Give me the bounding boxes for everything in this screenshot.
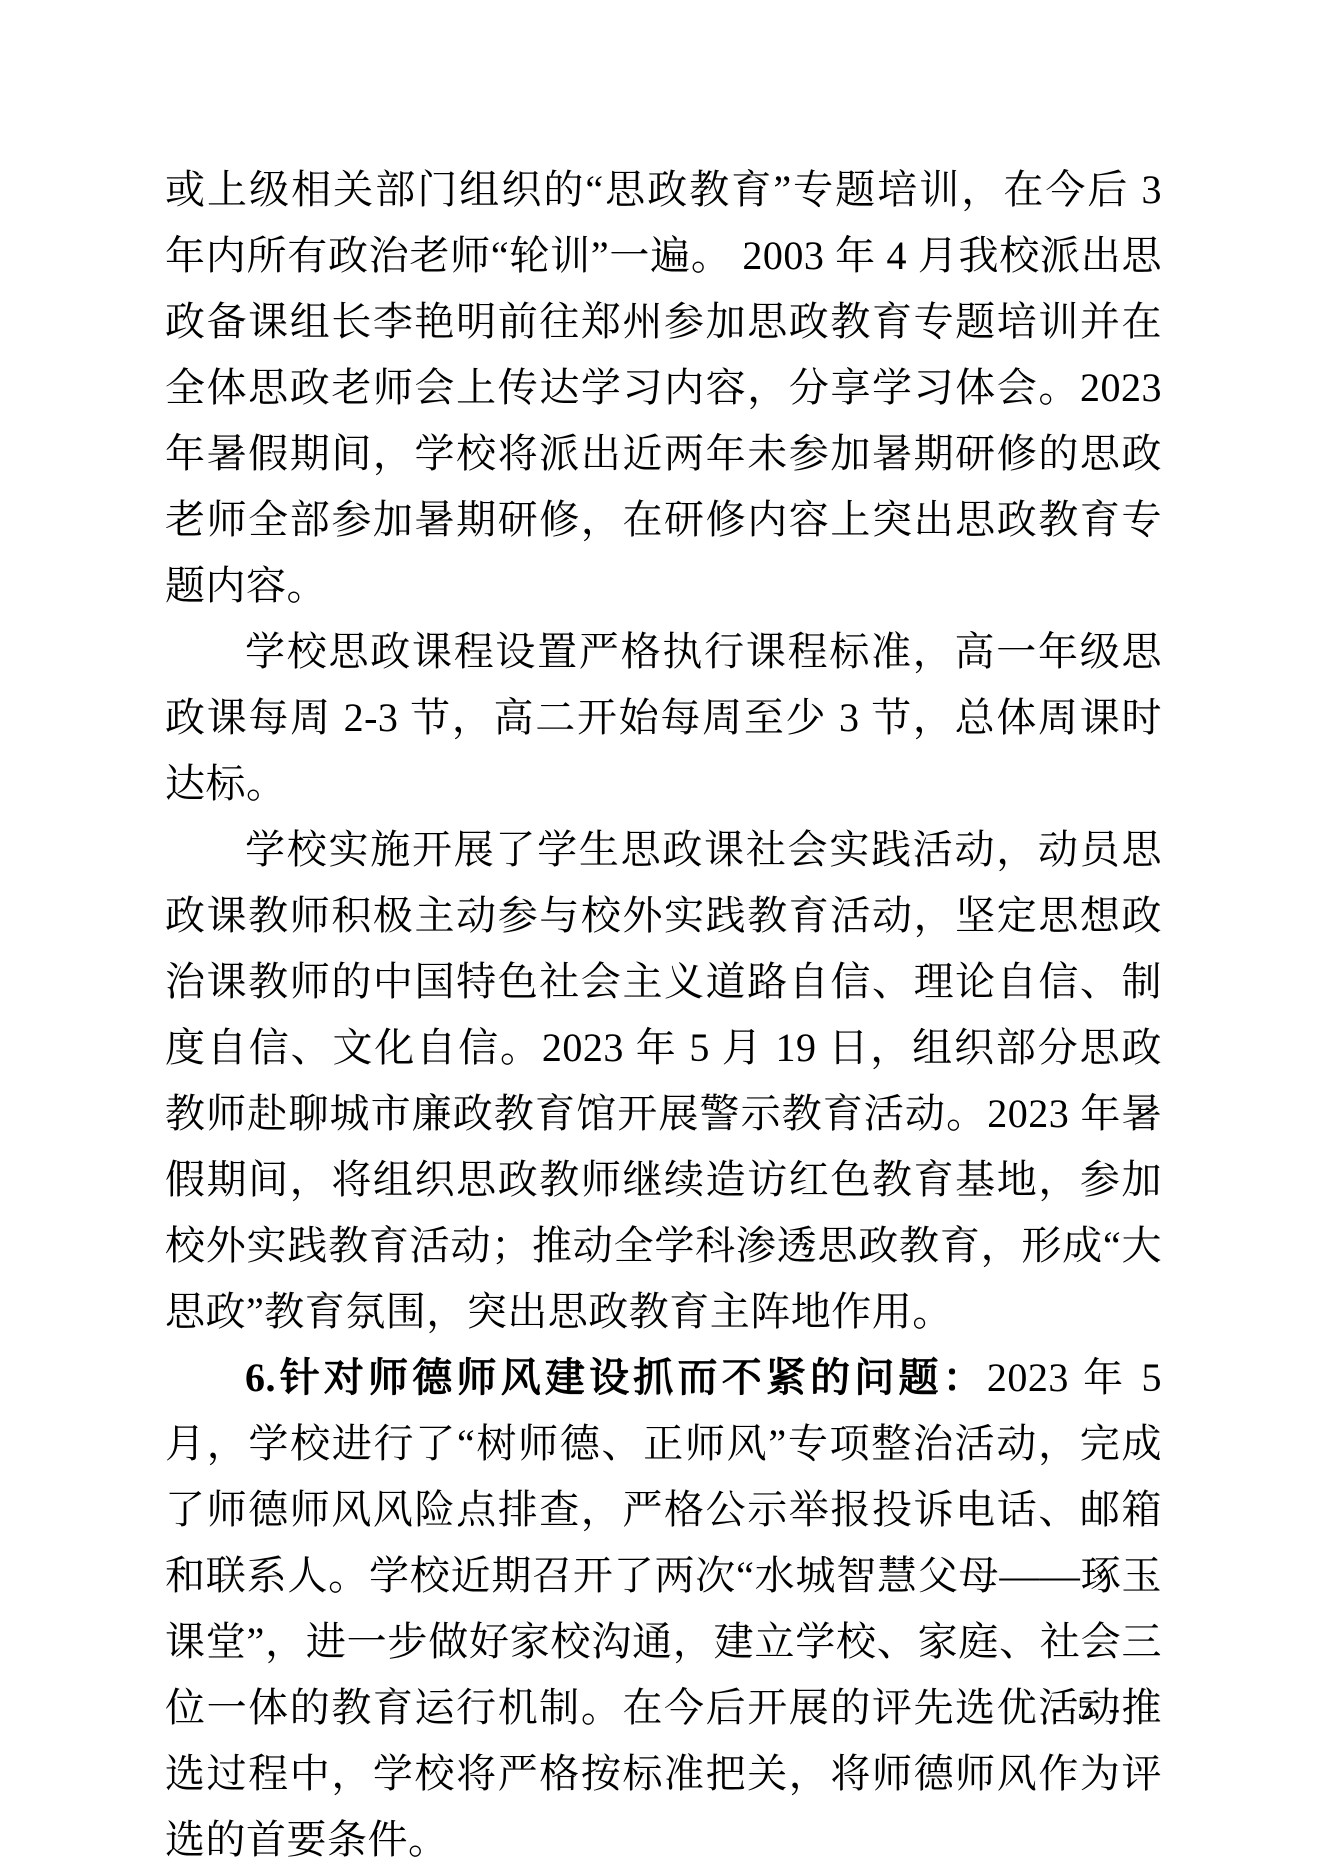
paragraph-text: 2023 年 5 月，学校进行了“树师德、正师风”专项整治活动，完成了师德师风风…	[165, 1355, 1162, 1862]
document-body: 或上级相关部门组织的“思政教育”专题培训，在今后 3 年内所有政治老师“轮训”一…	[165, 157, 1162, 1871]
paragraph-practice-activities: 学校实施开展了学生思政课社会实践活动，动员思政课教师积极主动参与校外实践教育活动…	[165, 817, 1162, 1345]
paragraph-text: 学校思政课程设置严格执行课程标准，高一年级思政课每周 2-3 节，高二开始每周至…	[165, 629, 1162, 806]
paragraph-item-6: 6.针对师德师风建设抓而不紧的问题：2023 年 5 月，学校进行了“树师德、正…	[165, 1345, 1162, 1871]
page-number: - 5 -	[1051, 1690, 1123, 1728]
paragraph-text: 或上级相关部门组织的“思政教育”专题培训，在今后 3 年内所有政治老师“轮训”一…	[165, 167, 1162, 608]
paragraph-course-schedule: 学校思政课程设置严格执行课程标准，高一年级思政课每周 2-3 节，高二开始每周至…	[165, 619, 1162, 817]
paragraph-continuation: 或上级相关部门组织的“思政教育”专题培训，在今后 3 年内所有政治老师“轮训”一…	[165, 157, 1162, 619]
paragraph-bold-heading: 6.针对师德师风建设抓而不紧的问题：	[245, 1355, 987, 1400]
paragraph-text: 学校实施开展了学生思政课社会实践活动，动员思政课教师积极主动参与校外实践教育活动…	[165, 827, 1162, 1334]
document-page: 或上级相关部门组织的“思政教育”专题培训，在今后 3 年内所有政治老师“轮训”一…	[0, 0, 1323, 1871]
